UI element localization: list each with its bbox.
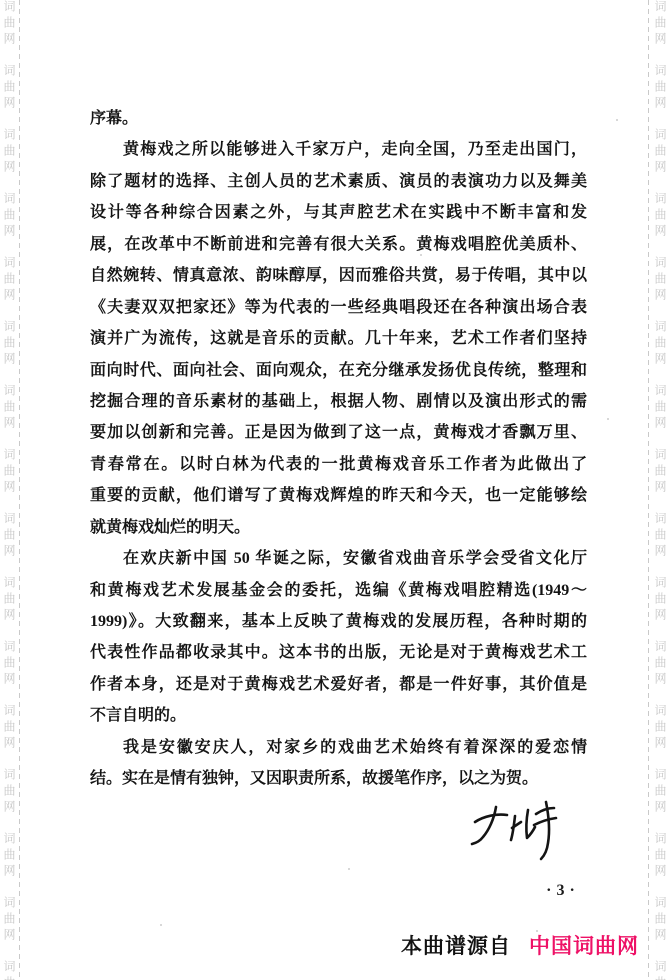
watermark-credit: 本曲谱源自中国词曲网 xyxy=(401,930,639,960)
scan-speck xyxy=(616,119,618,121)
text-line: 和黄梅戏艺术发展基金会的委托，选编《黄梅戏唱腔精选(1949～ xyxy=(90,575,587,606)
dashed-border-left xyxy=(19,0,20,980)
watermark-column-left: 词曲网 词曲网 词曲网 词曲网 词曲网 词曲网 词曲网 词曲网 词曲网 词曲网 … xyxy=(1,0,18,980)
page-number: ·3· xyxy=(538,882,588,900)
text-line: 在欢庆新中国 50 华诞之际，安徽省戏曲音乐学会受省文化厅 xyxy=(90,543,587,574)
text-line: 《夫妻双双把家还》等为代表的一些经典唱段还在各种演出场合表 xyxy=(90,292,587,323)
text-line: 黄梅戏之所以能够进入千家万户，走向全国，乃至走出国门， xyxy=(90,134,587,165)
dashed-border-right xyxy=(648,0,649,980)
text-line: 我是安徽安庆人，对家乡的戏曲艺术始终有着深深的爱恋情 xyxy=(90,732,587,763)
text-line: 作者本身，还是对于黄梅戏艺术爱好者，都是一件好事，其价值是 xyxy=(90,669,587,700)
scan-speck xyxy=(420,254,422,256)
credit-source-label: 本曲谱源自 xyxy=(401,935,511,958)
text-line: 就黄梅戏灿烂的明天。 xyxy=(90,512,587,543)
text-line: 演并广为流传，这就是音乐的贡献。几十年来，艺术工作者们坚持 xyxy=(90,323,587,354)
scan-speck xyxy=(536,930,538,932)
text-line: 挖掘合理的音乐素材的基础上，根据人物、剧情以及演出形式的需 xyxy=(90,386,587,417)
text-line: 代表性作品都收录其中。这本书的出版，无论是对于黄梅戏艺术工 xyxy=(90,637,587,668)
text-line: 要加以创新和完善。正是因为做到了这一点，黄梅戏才香飘万里、 xyxy=(90,417,587,448)
signature-handwriting-icon xyxy=(468,797,560,861)
scanned-book-page: { "watermark": { "text": "词曲网" }, "body"… xyxy=(0,0,670,980)
text-line: 序幕。 xyxy=(90,103,587,134)
scan-speck xyxy=(348,868,350,870)
scan-speck xyxy=(607,418,609,420)
text-line: 1999)》。大致翻来，基本上反映了黄梅戏的发展历程，各种时期的 xyxy=(90,606,587,637)
preface-text-block: 序幕。 黄梅戏之所以能够进入千家万户，走向全国，乃至走出国门， 除了题材的选择、… xyxy=(90,103,587,795)
scan-speck xyxy=(160,924,162,926)
text-line: 结。实在是情有独钟，又因职责所系，故援笔作序，以之为贺。 xyxy=(90,763,587,794)
text-line: 自然婉转、情真意浓、韵味醇厚，因而雅俗共赏，易于传唱，其中以 xyxy=(90,260,587,291)
text-line: 不言自明的。 xyxy=(90,700,587,731)
text-line: 重要的贡献，他们谱写了黄梅戏辉煌的昨天和今天，也一定能够绘 xyxy=(90,480,587,511)
text-line: 面向时代、面向社会、面向观众，在充分继承发扬优良传统，整理和 xyxy=(90,355,587,386)
author-signature: 方兆祥 xyxy=(468,797,560,861)
text-line: 设计等各种综合因素之外，与其声腔艺术在实践中不断丰富和发 xyxy=(90,197,587,228)
text-line: 展，在改革中不断前进和完善有很大关系。黄梅戏唱腔优美质朴、 xyxy=(90,229,587,260)
watermark-column-right: 词曲网 词曲网 词曲网 词曲网 词曲网 词曲网 词曲网 词曲网 词曲网 词曲网 … xyxy=(652,0,669,980)
text-line: 除了题材的选择、主创人员的艺术素质、演员的表演功力以及舞美 xyxy=(90,166,587,197)
text-line: 青春常在。以时白林为代表的一批黄梅戏音乐工作者为此做出了 xyxy=(90,449,587,480)
credit-site-name: 中国词曲网 xyxy=(529,935,639,958)
